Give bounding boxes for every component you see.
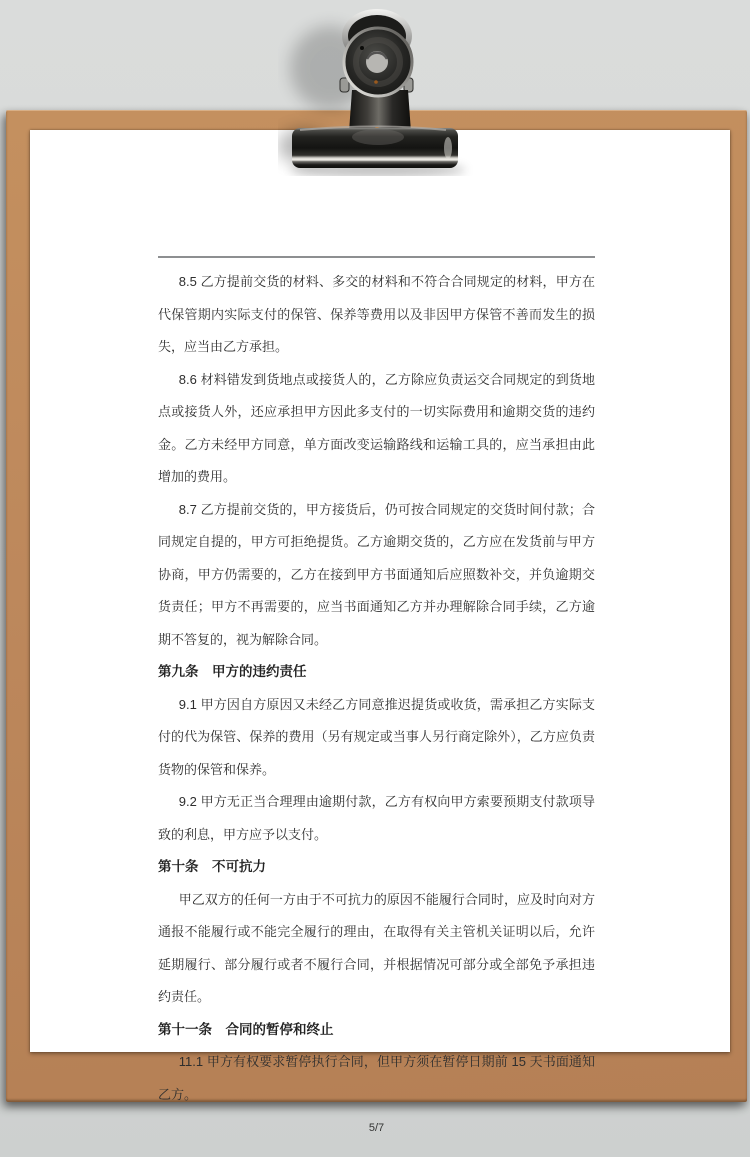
contract-page: 8.5 乙方提前交货的材料、多交的材料和不符合合同规定的材料，甲方在代保管期内实… [30, 130, 730, 1052]
page-number: 5/7 [158, 1120, 595, 1136]
clause-force-majeure: 甲乙双方的任何一方由于不可抗力的原因不能履行合同时，应及时向对方通报不能履行或不… [158, 884, 595, 1014]
clause-9-1: 9.1 甲方因自方原因又未经乙方同意推迟提货或收货，需承担乙方实际支付的代为保管… [158, 689, 595, 787]
divider-line [158, 256, 595, 258]
clause-9-2: 9.2 甲方无正当合理理由逾期付款，乙方有权向甲方索要预期支付款项导致的利息，甲… [158, 786, 595, 851]
binder-clip-icon [278, 6, 474, 176]
heading-article-9: 第九条 甲方的违约责任 [158, 656, 595, 689]
contract-content: 8.5 乙方提前交货的材料、多交的材料和不符合合同规定的材料，甲方在代保管期内实… [158, 256, 595, 1136]
board-layer: 8.5 乙方提前交货的材料、多交的材料和不符合合同规定的材料，甲方在代保管期内实… [6, 110, 747, 1102]
clamp-center-sheen [352, 129, 404, 145]
clause-11-1: 11.1 甲方有权要求暂停执行合同，但甲方须在暂停日期前 15 天书面通知乙方。 [158, 1046, 595, 1111]
heading-article-11: 第十一条 合同的暂停和终止 [158, 1014, 595, 1047]
clamp-end-glint [444, 137, 452, 159]
heading-article-10: 第十条 不可抗力 [158, 851, 595, 884]
clip-dot [360, 46, 364, 50]
clause-8-5: 8.5 乙方提前交货的材料、多交的材料和不符合合同规定的材料，甲方在代保管期内实… [158, 266, 595, 364]
clip-speck [374, 80, 378, 84]
clause-8-7: 8.7 乙方提前交货的，甲方接货后，仍可按合同规定的交货时间付款；合同规定自提的… [158, 494, 595, 657]
clause-8-6: 8.6 材料错发到货地点或接货人的，乙方除应负责运交合同规定的到货地点或接货人外… [158, 364, 595, 494]
